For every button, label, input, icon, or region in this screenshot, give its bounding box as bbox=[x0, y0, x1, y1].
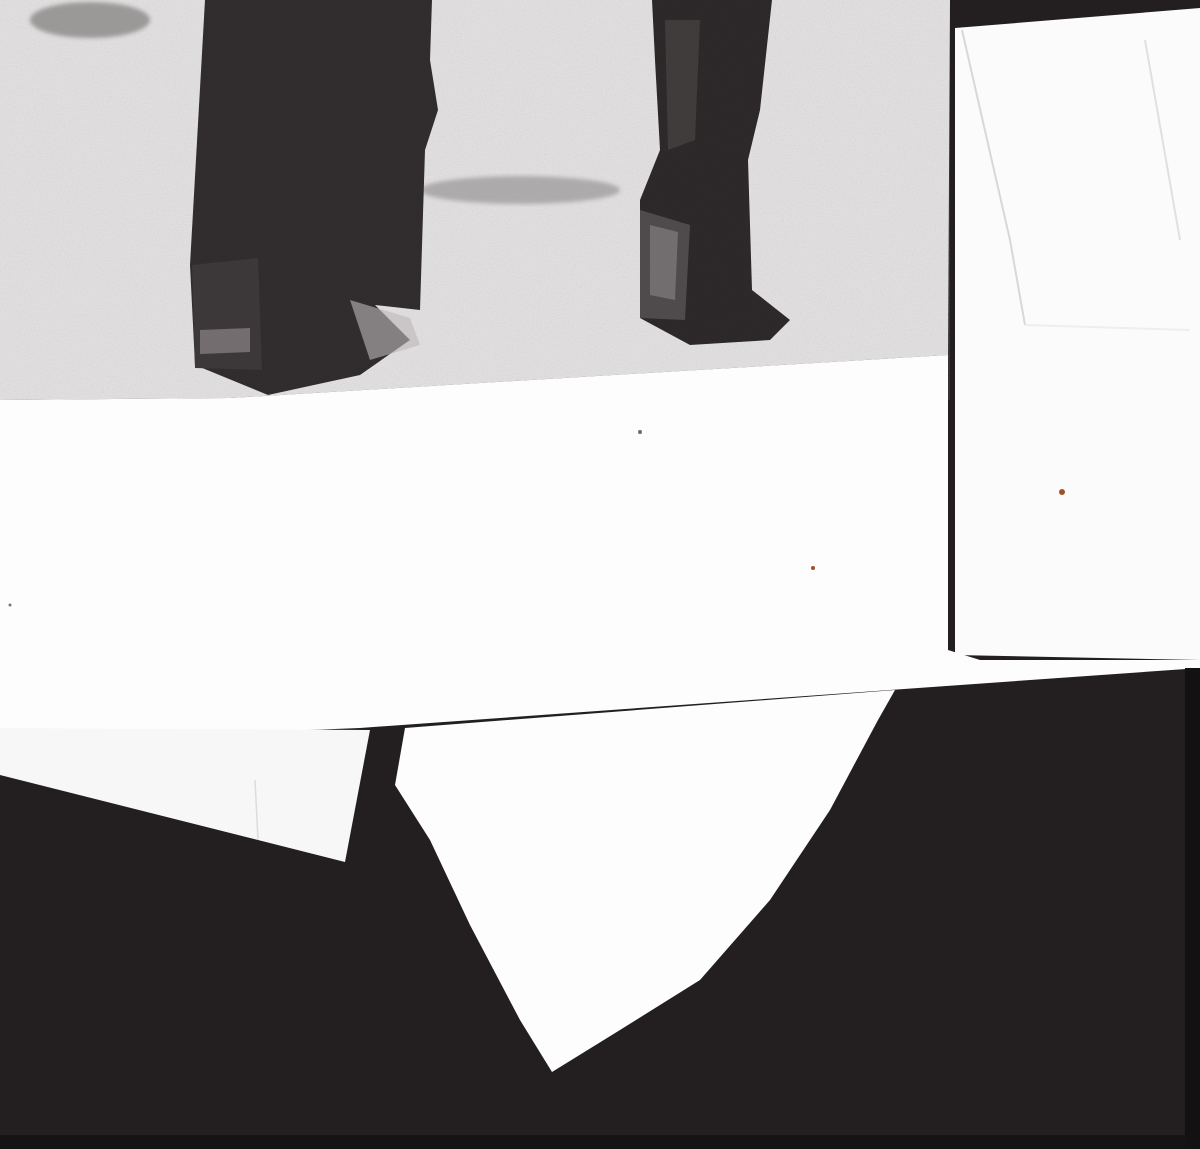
collage-image bbox=[0, 0, 1200, 1149]
rust-speck bbox=[1059, 489, 1065, 495]
photo-fragment bbox=[0, 0, 950, 400]
paper-strip-right bbox=[955, 8, 1200, 660]
